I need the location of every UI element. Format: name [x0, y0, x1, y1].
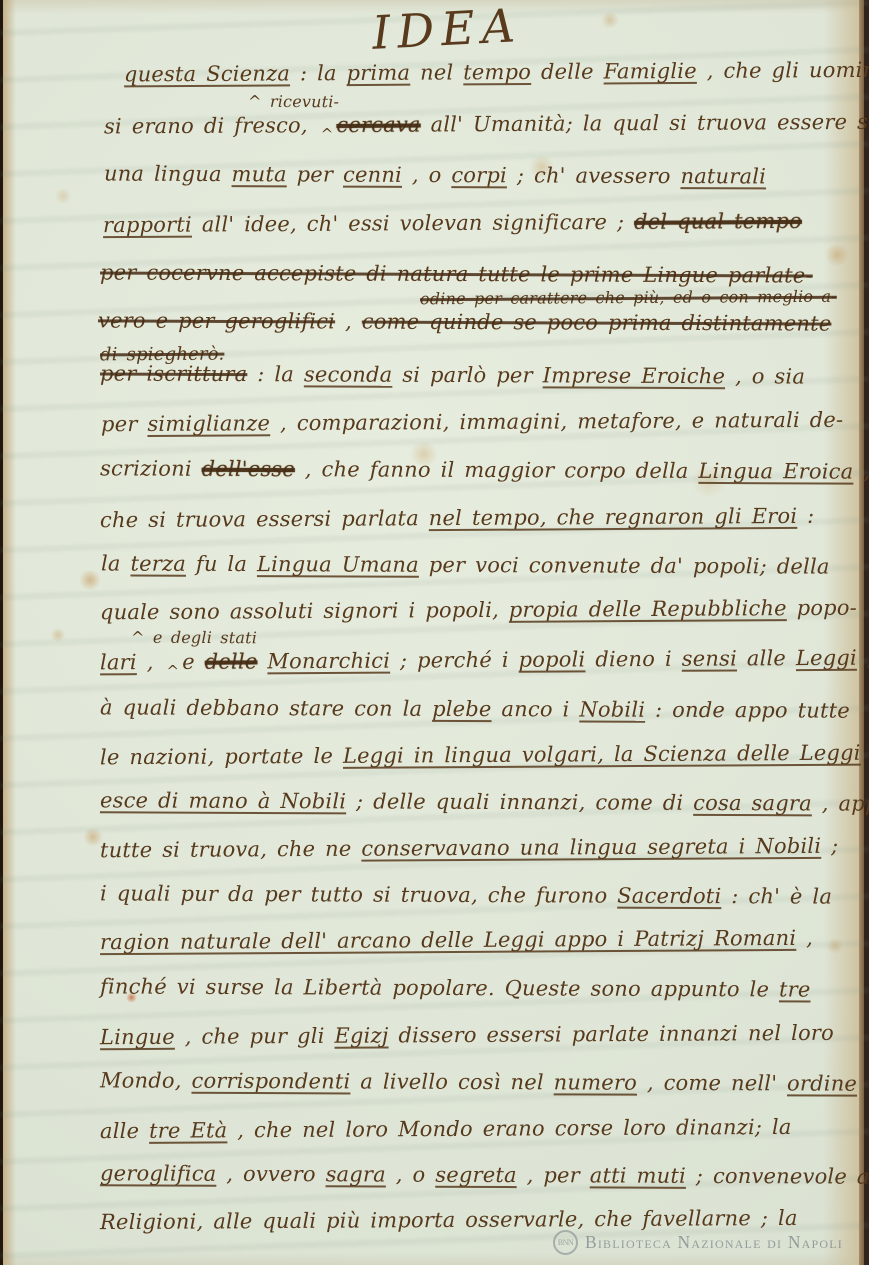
- text-segment: , o: [402, 163, 451, 187]
- text-segment: prima: [346, 61, 410, 85]
- text-segment: dieno i: [585, 647, 681, 672]
- text-segment: le nazioni, portate le: [100, 744, 343, 769]
- manuscript-line: ragion naturale dell' arcano delle Leggi…: [100, 926, 813, 954]
- foxing-spot: [826, 938, 844, 954]
- manuscript-line: per cocervne accepiste di natura tutte l…: [100, 260, 813, 287]
- text-segment: i quali pur da per tutto si truova, che …: [100, 881, 617, 907]
- manuscript-line: i quali pur da per tutto si truova, che …: [100, 881, 832, 908]
- text-segment: ragion naturale dell' arcano delle Leggi…: [100, 926, 796, 954]
- text-segment: , appo: [812, 791, 869, 815]
- text-segment: ^: [321, 125, 334, 143]
- text-segment: per: [101, 412, 148, 436]
- text-segment: Leggi in lingua volgari, la Scienza dell…: [343, 741, 861, 768]
- manuscript-line: rapporti all' idee, ch' essi volevan sig…: [103, 209, 802, 237]
- text-segment: finché vi surse la Libertà popolare. Que…: [100, 974, 779, 1001]
- text-segment: , comparazioni, immagini, metafore, e na…: [270, 408, 843, 436]
- text-segment: vero e per geroglifici: [98, 308, 335, 333]
- text-segment: tutte si truova, che ne: [100, 837, 361, 863]
- text-segment: popoli: [519, 647, 586, 671]
- text-segment: Nobili: [579, 697, 645, 721]
- text-segment: ^: [166, 662, 179, 680]
- text-segment: simiglianze: [147, 411, 270, 436]
- manuscript-line: una lingua muta per cenni , o corpi ; ch…: [104, 162, 766, 189]
- text-segment: naturali: [680, 164, 766, 188]
- text-segment: atti muti: [590, 1163, 686, 1187]
- text-segment: cenni: [343, 163, 402, 187]
- text-segment: per iscrittura: [100, 361, 247, 386]
- text-segment: cosa sagra: [693, 791, 812, 816]
- text-segment: dell'esse: [202, 457, 295, 481]
- text-segment: Famiglie: [604, 59, 697, 84]
- text-segment: ,: [335, 309, 362, 333]
- text-segment: ; ch' avessero: [507, 163, 681, 188]
- text-segment: sensi: [682, 646, 737, 670]
- text-segment: conservavano una lingua segreta i Nobili: [361, 834, 821, 861]
- manuscript-line: che si truova essersi parlata nel tempo,…: [100, 504, 815, 532]
- manuscript-line: vero e per geroglifici , come quinde se …: [98, 308, 832, 335]
- text-segment: propia delle Repubbliche: [509, 596, 787, 622]
- text-segment: , che pur gli: [175, 1024, 335, 1049]
- text-segment: quale sono assoluti signori i popoli,: [100, 598, 509, 624]
- text-segment: a livello così nel: [350, 1069, 553, 1094]
- manuscript-line: lari , ^e delle Monarchici ; perché i po…: [100, 646, 869, 675]
- text-segment: : la: [247, 362, 304, 386]
- text-segment: ,: [857, 646, 869, 670]
- text-segment: muta: [232, 162, 287, 186]
- foxing-spot: [54, 188, 72, 204]
- text-segment: la: [101, 551, 131, 575]
- text-segment: tre Età: [149, 1118, 227, 1142]
- text-segment: alle: [100, 1119, 149, 1143]
- text-segment: esce di mano à Nobili: [100, 788, 346, 813]
- text-segment: , come nell': [637, 1071, 787, 1096]
- manuscript-line: questa Scienza : la prima nel tempo dell…: [124, 58, 869, 87]
- text-segment: tre: [779, 977, 811, 1001]
- text-segment: , ovvero: [216, 1162, 325, 1186]
- manuscript-line: odine per carattere che più, ed o con me…: [420, 287, 837, 309]
- text-segment: : la: [290, 61, 347, 85]
- text-segment: [257, 649, 267, 673]
- text-segment: delle: [531, 59, 604, 83]
- library-watermark: BNN Biblioteca Nazionale di Napoli: [553, 1230, 843, 1255]
- text-segment: seconda: [304, 362, 393, 386]
- manuscript-line: scrizioni dell'esse , che fanno il maggi…: [100, 456, 869, 483]
- text-segment: sagra: [326, 1162, 386, 1186]
- text-segment: Lingua Eroica: [698, 459, 853, 484]
- text-segment: à quali debbano stare con la: [100, 695, 432, 720]
- manuscript-line: la terza fu la Lingua Umana per voci con…: [101, 551, 830, 578]
- text-segment: nel: [410, 60, 463, 84]
- manuscript-line: per simiglianze , comparazioni, immagini…: [101, 408, 843, 437]
- text-segment: geroglifica: [100, 1161, 217, 1186]
- text-segment: ,: [796, 926, 813, 950]
- manuscript-line: per iscrittura : la seconda si parlò per…: [100, 361, 805, 388]
- text-segment: ; convenevole alle: [686, 1164, 869, 1189]
- text-segment: lari: [100, 650, 137, 674]
- text-segment: , o sia: [725, 364, 805, 388]
- text-segment: scrizioni: [100, 456, 202, 480]
- text-segment: , per: [517, 1163, 590, 1187]
- manuscript-line: Mondo, corrispondenti a livello così nel…: [100, 1068, 857, 1095]
- text-segment: :: [797, 504, 814, 528]
- text-segment: all' Umanità; la qual si truova essere s…: [421, 110, 869, 137]
- text-segment: delle: [205, 649, 258, 673]
- text-segment: anco i: [492, 697, 580, 721]
- text-segment: terza: [130, 552, 186, 576]
- manuscript-line: quale sono assoluti signori i popoli, pr…: [100, 596, 857, 625]
- library-logo-icon: BNN: [553, 1230, 578, 1255]
- text-segment: : ch' è la: [721, 884, 832, 908]
- text-segment: per cocervne accepiste di natura tutte l…: [100, 260, 813, 287]
- text-segment: Imprese Eroiche: [543, 363, 726, 388]
- manuscript-line: ^ e degli stati: [131, 628, 257, 648]
- text-segment: e: [182, 650, 205, 674]
- manuscript-line: tutte si truova, che ne conservavano una…: [100, 834, 839, 863]
- text-segment: del qual tempo: [634, 209, 802, 234]
- text-segment: : onde appo tutte: [645, 698, 850, 723]
- manuscript-line: ^ ricevuti-: [248, 92, 339, 111]
- text-segment: ;: [821, 834, 838, 858]
- text-segment: ; delle quali innanzi, come di: [346, 789, 693, 815]
- text-segment: all' idee, ch' essi volevan significare …: [192, 210, 634, 237]
- text-segment: Leggi: [796, 646, 857, 670]
- foxing-spot: [78, 570, 102, 590]
- text-segment: si erano di fresco,: [104, 113, 318, 138]
- text-segment: per voci convenute da' popoli; della: [419, 553, 830, 579]
- text-segment: ; perché i: [390, 648, 519, 673]
- text-segment: segreta: [435, 1163, 517, 1187]
- page-title: IDEA: [371, 0, 523, 60]
- text-segment: fu la: [186, 552, 257, 576]
- foxing-spot: [600, 12, 620, 28]
- manuscript-line: à quali debbano stare con la plebe anco …: [100, 695, 850, 722]
- manuscript-line: esce di mano à Nobili ; delle quali inna…: [100, 788, 869, 815]
- text-segment: alle: [737, 646, 796, 670]
- text-segment: Monarchici: [267, 649, 390, 674]
- text-segment: corrispondenti: [191, 1069, 350, 1094]
- text-segment: tempo: [463, 60, 531, 84]
- text-segment: questa Scienza: [124, 61, 290, 86]
- text-segment: popo-: [787, 596, 857, 620]
- text-segment: Mondo,: [100, 1068, 192, 1092]
- text-segment: , che fanno il maggior corpo della: [295, 457, 699, 483]
- text-segment: Lingue: [100, 1025, 175, 1049]
- text-segment: una lingua: [104, 162, 232, 187]
- text-segment: si parlò per: [392, 363, 542, 388]
- text-segment: plebe: [432, 697, 492, 721]
- text-segment: per: [287, 162, 343, 186]
- manuscript-line: si erano di fresco, ^cercava all' Umanit…: [104, 110, 869, 139]
- text-segment: odine per carattere che più, ed o con me…: [420, 287, 837, 309]
- text-segment: come quinde se poco prima distintamente: [362, 310, 832, 336]
- text-segment: , o: [386, 1163, 435, 1187]
- foxing-spot: [50, 628, 66, 642]
- text-segment: ,: [853, 460, 869, 484]
- text-segment: , che nel loro Mondo erano corse loro di…: [227, 1115, 791, 1142]
- text-segment: ordine: [787, 1071, 857, 1095]
- manuscript-line: finché vi surse la Libertà popolare. Que…: [100, 974, 811, 1001]
- manuscript-line: Lingue , che pur gli Egizj dissero esser…: [100, 1021, 834, 1049]
- text-segment: cercava: [336, 113, 420, 138]
- text-segment: Egizj: [334, 1023, 388, 1047]
- text-segment: corpi: [451, 163, 507, 187]
- text-segment: Sacerdoti: [617, 884, 721, 908]
- text-segment: ^ e degli stati: [131, 628, 257, 648]
- text-segment: Lingua Umana: [257, 552, 419, 577]
- foxing-spot: [824, 244, 850, 266]
- manuscript-line: alle tre Età , che nel loro Mondo erano …: [100, 1115, 792, 1143]
- text-segment: , che gli uomini ge: [697, 58, 869, 83]
- text-segment: che si truova essersi parlata: [100, 506, 429, 532]
- library-watermark-text: Biblioteca Nazionale di Napoli: [585, 1232, 843, 1253]
- text-segment: ^ ricevuti-: [248, 92, 339, 111]
- text-segment: dissero essersi parlate innanzi nel loro: [388, 1021, 834, 1048]
- text-segment: nel tempo, che regnaron gli Eroi: [429, 504, 798, 530]
- manuscript-line: le nazioni, portate le Leggi in lingua v…: [100, 741, 861, 770]
- text-segment: numero: [554, 1070, 637, 1094]
- manuscript-line: geroglifica , ovvero sagra , o segreta ,…: [100, 1161, 869, 1188]
- text-segment: ,: [137, 650, 164, 674]
- manuscript-page: IDEA questa Scienza : la prima nel tempo…: [0, 0, 869, 1265]
- text-segment: rapporti: [103, 213, 192, 238]
